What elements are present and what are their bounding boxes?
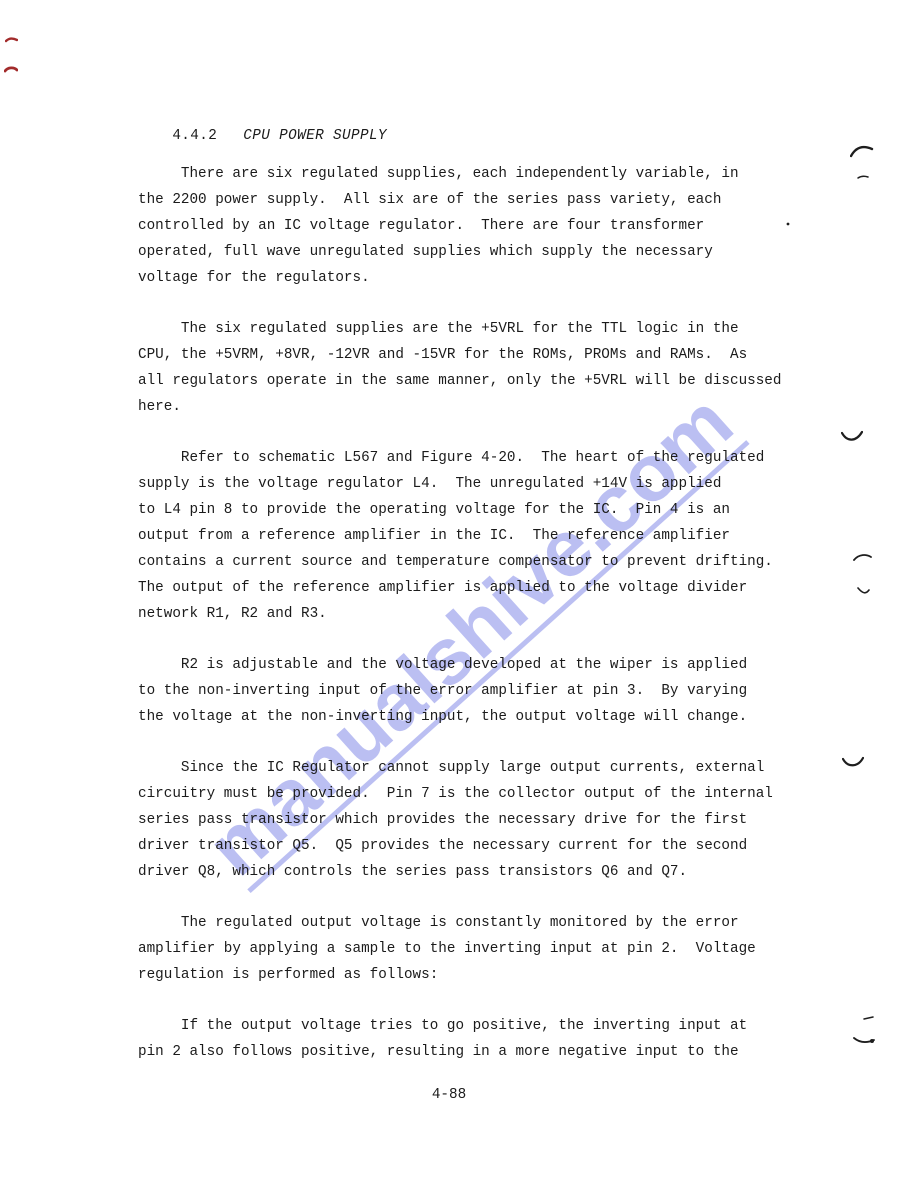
- text-line: If the output voltage tries to go positi…: [138, 1013, 838, 1039]
- paragraph: Since the IC Regulator cannot supply lar…: [138, 755, 838, 885]
- paragraph: The regulated output voltage is constant…: [138, 910, 838, 988]
- paragraph: If the output voltage tries to go positi…: [138, 1013, 838, 1065]
- paragraph: Refer to schematic L567 and Figure 4-20.…: [138, 445, 838, 627]
- text-line: network R1, R2 and R3.: [138, 601, 838, 627]
- text-line: pin 2 also follows positive, resulting i…: [138, 1039, 838, 1065]
- page-number: 4-88: [138, 1086, 760, 1104]
- text-line: operated, full wave unregulated supplies…: [138, 239, 838, 265]
- text-line: to L4 pin 8 to provide the operating vol…: [138, 497, 838, 523]
- scan-mark-wave-1: [853, 551, 872, 563]
- text-line: driver Q8, which controls the series pas…: [138, 859, 838, 885]
- text-line: the voltage at the non-inverting input, …: [138, 704, 838, 730]
- text-line: The regulated output voltage is constant…: [138, 910, 838, 936]
- text-line: Refer to schematic L567 and Figure 4-20.…: [138, 445, 838, 471]
- text-line: There are six regulated supplies, each i…: [138, 161, 838, 187]
- text-line: supply is the voltage regulator L4. The …: [138, 471, 838, 497]
- scan-mark-dash-2: [863, 1015, 874, 1021]
- text-line: amplifier by applying a sample to the in…: [138, 936, 838, 962]
- scan-dot: [786, 222, 790, 226]
- text-line: series pass transistor which provides th…: [138, 807, 838, 833]
- text-line: circuitry must be provided. Pin 7 is the…: [138, 781, 838, 807]
- text-line: Since the IC Regulator cannot supply lar…: [138, 755, 838, 781]
- text-line: controlled by an IC voltage regulator. T…: [138, 213, 838, 239]
- section-heading: 4.4.2CPU POWER SUPPLY: [138, 109, 387, 163]
- section-number: 4.4.2: [172, 128, 217, 144]
- scan-mark-dash-1: [857, 174, 869, 180]
- text-line: driver transistor Q5. Q5 provides the ne…: [138, 833, 838, 859]
- manual-page: 4.4.2CPU POWER SUPPLY There are six regu…: [0, 0, 918, 1188]
- scan-mark-swoosh-1: [853, 1033, 876, 1046]
- paragraph: R2 is adjustable and the voltage develop…: [138, 652, 838, 730]
- scan-mark-smile-2: [842, 754, 864, 770]
- text-line: voltage for the regulators.: [138, 265, 838, 291]
- red-pen-mark-1: [5, 36, 18, 44]
- scan-mark-squiggle-1: [850, 143, 874, 159]
- scan-mark-scribble-1: [856, 585, 870, 597]
- text-line: output from a reference amplifier in the…: [138, 523, 838, 549]
- text-line: all regulators operate in the same manne…: [138, 368, 838, 394]
- text-line: The six regulated supplies are the +5VRL…: [138, 316, 838, 342]
- text-line: here.: [138, 394, 838, 420]
- body-text: There are six regulated supplies, each i…: [138, 161, 838, 1090]
- paragraph: The six regulated supplies are the +5VRL…: [138, 316, 838, 420]
- text-line: regulation is performed as follows:: [138, 962, 838, 988]
- text-line: CPU, the +5VRM, +8VR, -12VR and -15VR fo…: [138, 342, 838, 368]
- text-line: to the non-inverting input of the error …: [138, 678, 838, 704]
- section-title: CPU POWER SUPPLY: [243, 128, 387, 144]
- scan-mark-smile-1: [841, 429, 863, 445]
- paragraph: There are six regulated supplies, each i…: [138, 161, 838, 291]
- text-line: the 2200 power supply. All six are of th…: [138, 187, 838, 213]
- text-line: contains a current source and temperatur…: [138, 549, 838, 575]
- red-pen-mark-2: [4, 64, 18, 74]
- text-line: The output of the reference amplifier is…: [138, 575, 838, 601]
- text-line: R2 is adjustable and the voltage develop…: [138, 652, 838, 678]
